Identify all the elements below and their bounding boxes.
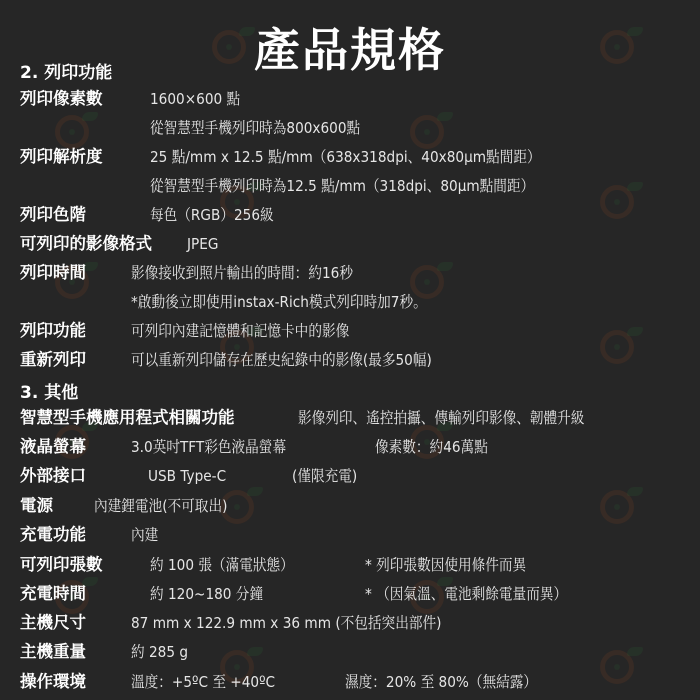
spec-label: 充電功能	[20, 525, 86, 545]
spec-value: 每色（RGB）256級	[150, 205, 274, 225]
spec-label: 列印像素數	[20, 89, 103, 109]
spec-value: 1600×600 點	[150, 89, 240, 109]
spec-value: * 列印張數因使用條件而異	[365, 555, 526, 575]
section-heading-print: 2. 列印功能	[20, 58, 112, 83]
spec-value: 內建鋰電池(不可取出)	[94, 496, 227, 516]
spec-value: 約 120~180 分鐘	[150, 584, 263, 604]
spec-label: 主機尺寸	[20, 613, 86, 633]
section-heading-other: 3. 其他	[20, 378, 78, 403]
spec-value: 從智慧型手機列印時為800x600點	[150, 118, 360, 138]
spec-label: 外部接口	[20, 466, 86, 486]
logo-watermark-icon	[55, 115, 89, 149]
spec-value: 內建	[131, 525, 158, 545]
logo-watermark-icon	[600, 650, 634, 684]
spec-value: * （因氣溫、電池剩餘電量而異）	[365, 584, 567, 604]
spec-label: 可列印的影像格式	[20, 234, 152, 254]
spec-label: 列印色階	[20, 205, 86, 225]
spec-value: 約 285 g	[131, 642, 188, 662]
spec-value: 3.0英吋TFT彩色液晶螢幕	[131, 437, 286, 457]
spec-value: 像素數：約46萬點	[375, 437, 488, 457]
spec-value: 影像接收到照片輸出的時間：約16秒	[131, 263, 353, 283]
spec-value: 可列印內建記憶體和記憶卡中的影像	[131, 321, 349, 341]
logo-watermark-icon	[600, 330, 634, 364]
spec-label: 列印時間	[20, 263, 86, 283]
logo-watermark-icon	[410, 115, 444, 149]
spec-label: 列印解析度	[20, 147, 103, 167]
spec-value: 從智慧型手機列印時為12.5 點/mm（318dpi、80μm點間距）	[150, 176, 534, 196]
spec-value: 約 100 張（滿電狀態）	[150, 555, 294, 575]
spec-value: *啟動後立即使用instax-Rich模式列印時加7秒。	[131, 292, 427, 312]
spec-value: 25 點/mm x 12.5 點/mm（638x318dpi、40x80μm點間…	[150, 147, 541, 167]
spec-value: 87 mm x 122.9 mm x 36 mm (不包括突出部件)	[131, 613, 441, 633]
spec-value: USB Type-C	[148, 466, 226, 486]
spec-label: 操作環境	[20, 672, 86, 692]
spec-label: 主機重量	[20, 642, 86, 662]
spec-label: 液晶螢幕	[20, 437, 86, 457]
spec-label: 電源	[20, 496, 53, 516]
spec-label: 智慧型手機應用程式相關功能	[20, 408, 235, 428]
logo-watermark-icon	[600, 490, 634, 524]
spec-value: 溫度：+5ºC 至 +40ºC	[131, 672, 275, 692]
spec-value: JPEG	[187, 234, 218, 254]
spec-value: 影像列印、遙控拍攝、傳輸列印影像、韌體升級	[298, 408, 584, 428]
spec-value: 濕度：20% 至 80%（無結露）	[345, 672, 537, 692]
spec-label: 列印功能	[20, 321, 86, 341]
spec-label: 重新列印	[20, 350, 86, 370]
spec-value: 可以重新列印儲存在歷史紀錄中的影像(最多50幅)	[131, 350, 432, 370]
spec-label: 充電時間	[20, 584, 86, 604]
spec-label: 可列印張數	[20, 555, 103, 575]
spec-value: (僅限充電)	[292, 466, 357, 486]
logo-watermark-icon	[600, 185, 634, 219]
